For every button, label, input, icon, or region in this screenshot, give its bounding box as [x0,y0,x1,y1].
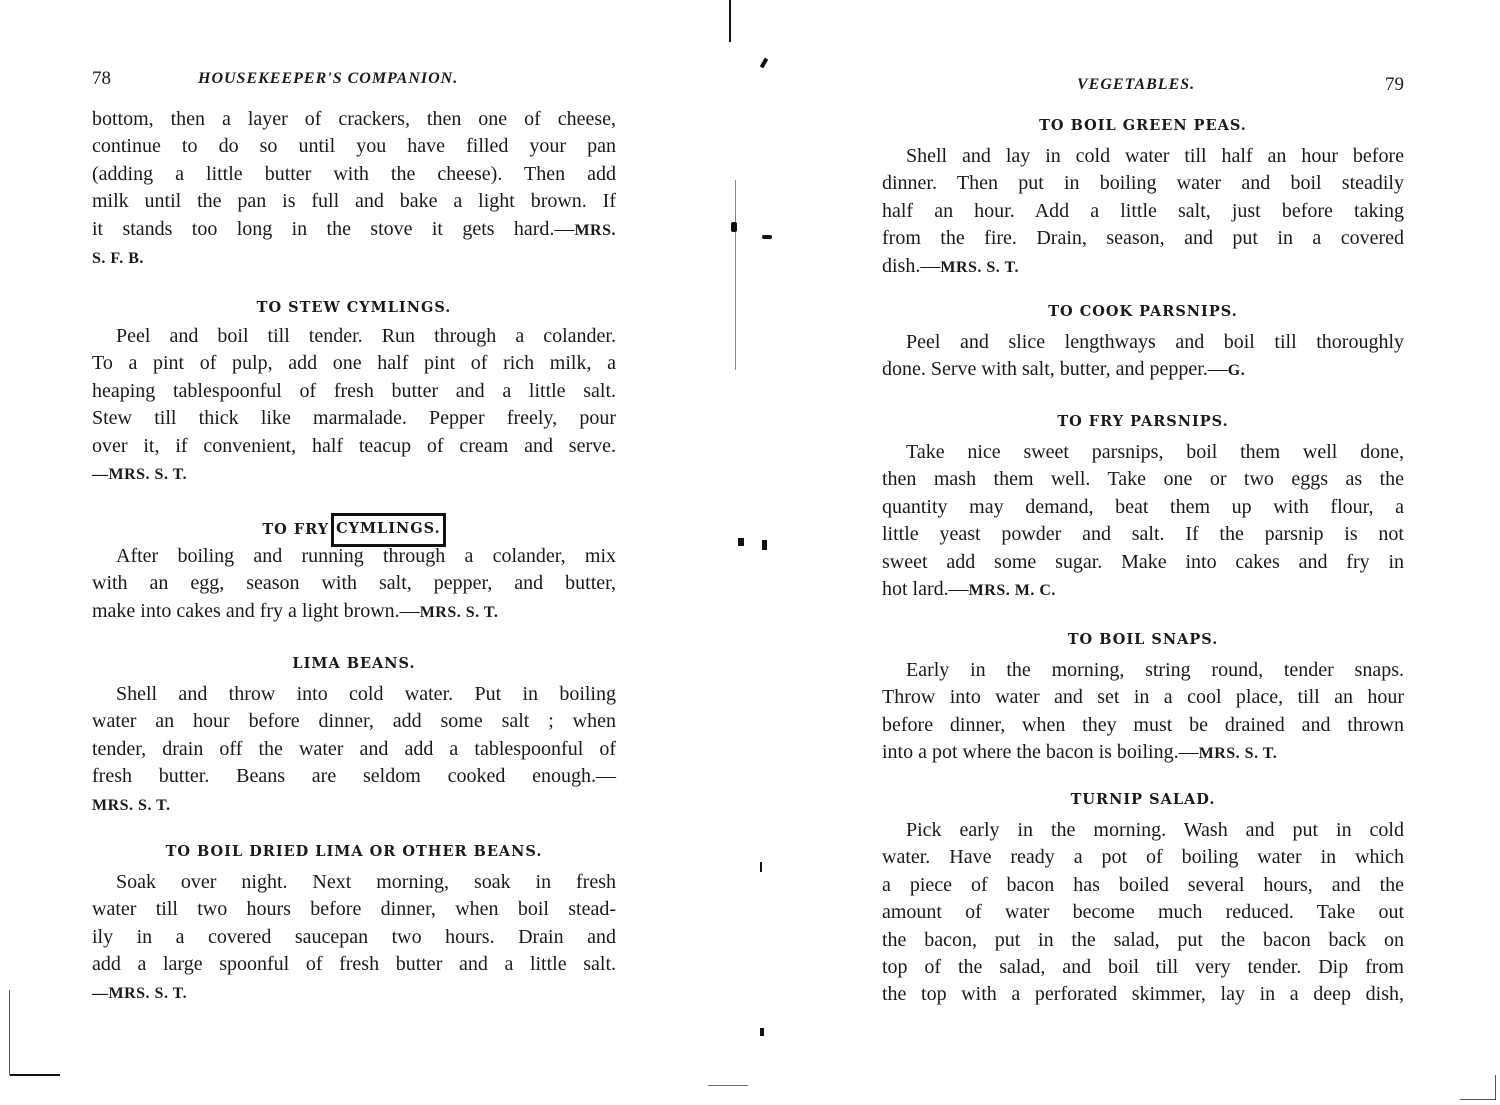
running-title: VEGETABLES. [1077,76,1195,94]
text-line: continue to do so until you have filled … [92,133,616,160]
recipe-title: LIMA BEANS. [92,652,616,676]
signature: MRS. [574,222,616,239]
signature: MRS. S. T. [1199,745,1278,762]
text-line: S. F. B. [92,244,616,272]
text-line: half an hour. Add a little salt, just be… [882,198,1404,225]
text-line: Take nice sweet parsnips, boil them well… [882,439,1404,466]
text-line: water till two hours before dinner, when… [92,896,616,923]
signature: MRS. S. T. [420,604,499,621]
text-line: with an egg, season with salt, pepper, a… [92,570,616,597]
text-line: the bacon, put in the salad, put the bac… [882,927,1404,954]
signature: MRS. S. T. [92,797,171,814]
text-fragment: into a pot where the bacon is boiling.— [882,741,1199,763]
text-fragment: make into cakes and fry a light brown.— [92,600,420,622]
gutter-scan-line [708,1085,748,1086]
crop-mark [1460,1099,1496,1100]
text-line: Shell and lay in cold water till half an… [882,143,1404,170]
recipe-body: Soak over night. Next morning, soak in f… [92,869,616,1007]
crop-mark [10,1074,60,1076]
page-number: 78 [92,68,111,90]
text-line: milk until the pan is full and bake a li… [92,188,616,215]
gutter-speck [760,1028,764,1036]
recipe-lima-beans: LIMA BEANS. Shell and throw into cold wa… [92,652,616,819]
recipe-dried-lima-beans: TO BOIL DRIED LIMA OR OTHER BEANS. Soak … [92,840,616,1007]
continuation-paragraph: bottom, then a layer of crackers, then o… [92,106,616,272]
recipe-title: TO BOIL DRIED LIMA OR OTHER BEANS. [92,840,616,864]
recipe-title: TO FRY PARSNIPS. [882,410,1404,434]
text-line: To a pint of pulp, add one half pint of … [92,350,616,377]
text-line: over it, if convenient, half teacup of c… [92,433,616,460]
crop-mark [1495,1075,1496,1100]
recipe-body: Shell and throw into cold water. Put in … [92,681,616,819]
signature: —MRS. S. T. [92,985,187,1002]
recipe-title: TO STEW CYMLINGS. [92,296,616,320]
recipe-title: TURNIP SALAD. [882,788,1404,812]
text-line: dish.—MRS. S. T. [882,253,1404,281]
crop-mark [9,990,10,1075]
signature: MRS. M. C. [969,582,1056,599]
recipe-turnip-salad: TURNIP SALAD. Pick early in the morning.… [882,788,1404,1009]
recipe-boil-snaps: TO BOIL SNAPS. Early in the morning, str… [882,628,1404,768]
text-line: Throw into water and set in a cool place… [882,684,1404,711]
left-running-head: 78 HOUSEKEEPER'S COMPANION. [92,68,616,92]
right-running-head: VEGETABLES. 79 [882,74,1404,98]
text-line: Early in the morning, string round, tend… [882,657,1404,684]
text-fragment: done. Serve with salt, butter, and peppe… [882,358,1228,380]
text-line: a piece of bacon has boiled several hour… [882,872,1404,899]
text-line: hot lard.—MRS. M. C. [882,576,1404,604]
recipe-body: Peel and slice lengthways and boil till … [882,329,1404,385]
gutter-speck [762,540,767,550]
text-line: Peel and boil till tender. Run through a… [92,323,616,350]
text-line: (adding a little butter with the cheese)… [92,161,616,188]
text-line: from the fire. Drain, season, and put in… [882,225,1404,252]
text-line: tender, drain off the water and add a ta… [92,736,616,763]
signature: —MRS. S. T. [92,466,187,483]
text-line: water an hour before dinner, add some sa… [92,708,616,735]
text-line: make into cakes and fry a light brown.—M… [92,598,616,626]
text-line: done. Serve with salt, butter, and peppe… [882,356,1404,384]
text-line: then mash them well. Take one or two egg… [882,466,1404,493]
text-line: bottom, then a layer of crackers, then o… [92,106,616,133]
text-fragment: it stands too long in the stove it gets … [92,218,574,240]
recipe-title-prefix: TO FRY [262,521,329,538]
gutter-speck [760,58,768,69]
text-line: Pick early in the morning. Wash and put … [882,817,1404,844]
recipe-title: TO BOIL GREEN PEAS. [882,114,1404,138]
text-line: After boiling and running through a cola… [92,543,616,570]
gutter-speck [738,538,744,546]
recipe-green-peas: TO BOIL GREEN PEAS. Shell and lay in col… [882,114,1404,281]
text-line: amount of water become much reduced. Tak… [882,899,1404,926]
highlighted-word-box[interactable]: CYMLINGS. [331,513,446,547]
gutter-scan-line [735,180,736,370]
text-line: little yeast powder and salt. If the par… [882,521,1404,548]
text-line: add a large spoonful of fresh butter and… [92,951,616,978]
text-line: MRS. S. T. [92,791,616,819]
text-line: ily in a covered saucepan two hours. Dra… [92,924,616,951]
text-line: the top with a perforated skimmer, lay i… [882,981,1404,1008]
recipe-body: Take nice sweet parsnips, boil them well… [882,439,1404,604]
text-fragment: hot lard.— [882,578,969,600]
gutter-speck [731,222,737,232]
recipe-title: TO BOIL SNAPS. [882,628,1404,652]
recipe-title: TO COOK PARSNIPS. [882,300,1404,324]
text-line: top of the salad, and boil till very ten… [882,954,1404,981]
gutter-speck [760,862,762,872]
text-line: into a pot where the bacon is boiling.—M… [882,739,1404,767]
recipe-fry-parsnips: TO FRY PARSNIPS. Take nice sweet parsnip… [882,410,1404,604]
text-fragment: dish.— [882,255,940,277]
text-line: before dinner, when they must be drained… [882,712,1404,739]
recipe-title: TO FRYCYMLINGS. [92,514,616,538]
running-title: HOUSEKEEPER'S COMPANION. [198,70,458,88]
text-line: Stew till thick like marmalade. Pepper f… [92,405,616,432]
text-line: Soak over night. Next morning, soak in f… [92,869,616,896]
recipe-stew-cymlings: TO STEW CYMLINGS. Peel and boil till ten… [92,296,616,488]
signature: S. F. B. [92,250,144,267]
recipe-cook-parsnips: TO COOK PARSNIPS. Peel and slice lengthw… [882,300,1404,385]
text-line: fresh butter. Beans are seldom cooked en… [92,763,616,790]
text-line: it stands too long in the stove it gets … [92,216,616,244]
text-line: —MRS. S. T. [92,460,616,488]
recipe-body: Pick early in the morning. Wash and put … [882,817,1404,1009]
page-number: 79 [1385,74,1404,96]
text-line: Peel and slice lengthways and boil till … [882,329,1404,356]
recipe-fry-cymlings: TO FRYCYMLINGS. After boiling and runnin… [92,514,616,626]
text-line: water. Have ready a pot of boiling water… [882,844,1404,871]
recipe-body: Peel and boil till tender. Run through a… [92,323,616,488]
text-line: heaping tablespoonful of fresh butter an… [92,378,616,405]
recipe-body: Shell and lay in cold water till half an… [882,143,1404,281]
recipe-body: After boiling and running through a cola… [92,543,616,626]
text-line: Shell and throw into cold water. Put in … [92,681,616,708]
text-line: dinner. Then put in boiling water and bo… [882,170,1404,197]
text-line: —MRS. S. T. [92,979,616,1007]
text-line: sweet add some sugar. Make into cakes an… [882,549,1404,576]
signature: MRS. S. T. [940,259,1019,276]
text-line: quantity may demand, beat them up with f… [882,494,1404,521]
signature: G. [1228,362,1245,379]
gutter-scan-line [729,0,731,42]
recipe-body: Early in the morning, string round, tend… [882,657,1404,768]
gutter-speck [762,235,772,239]
